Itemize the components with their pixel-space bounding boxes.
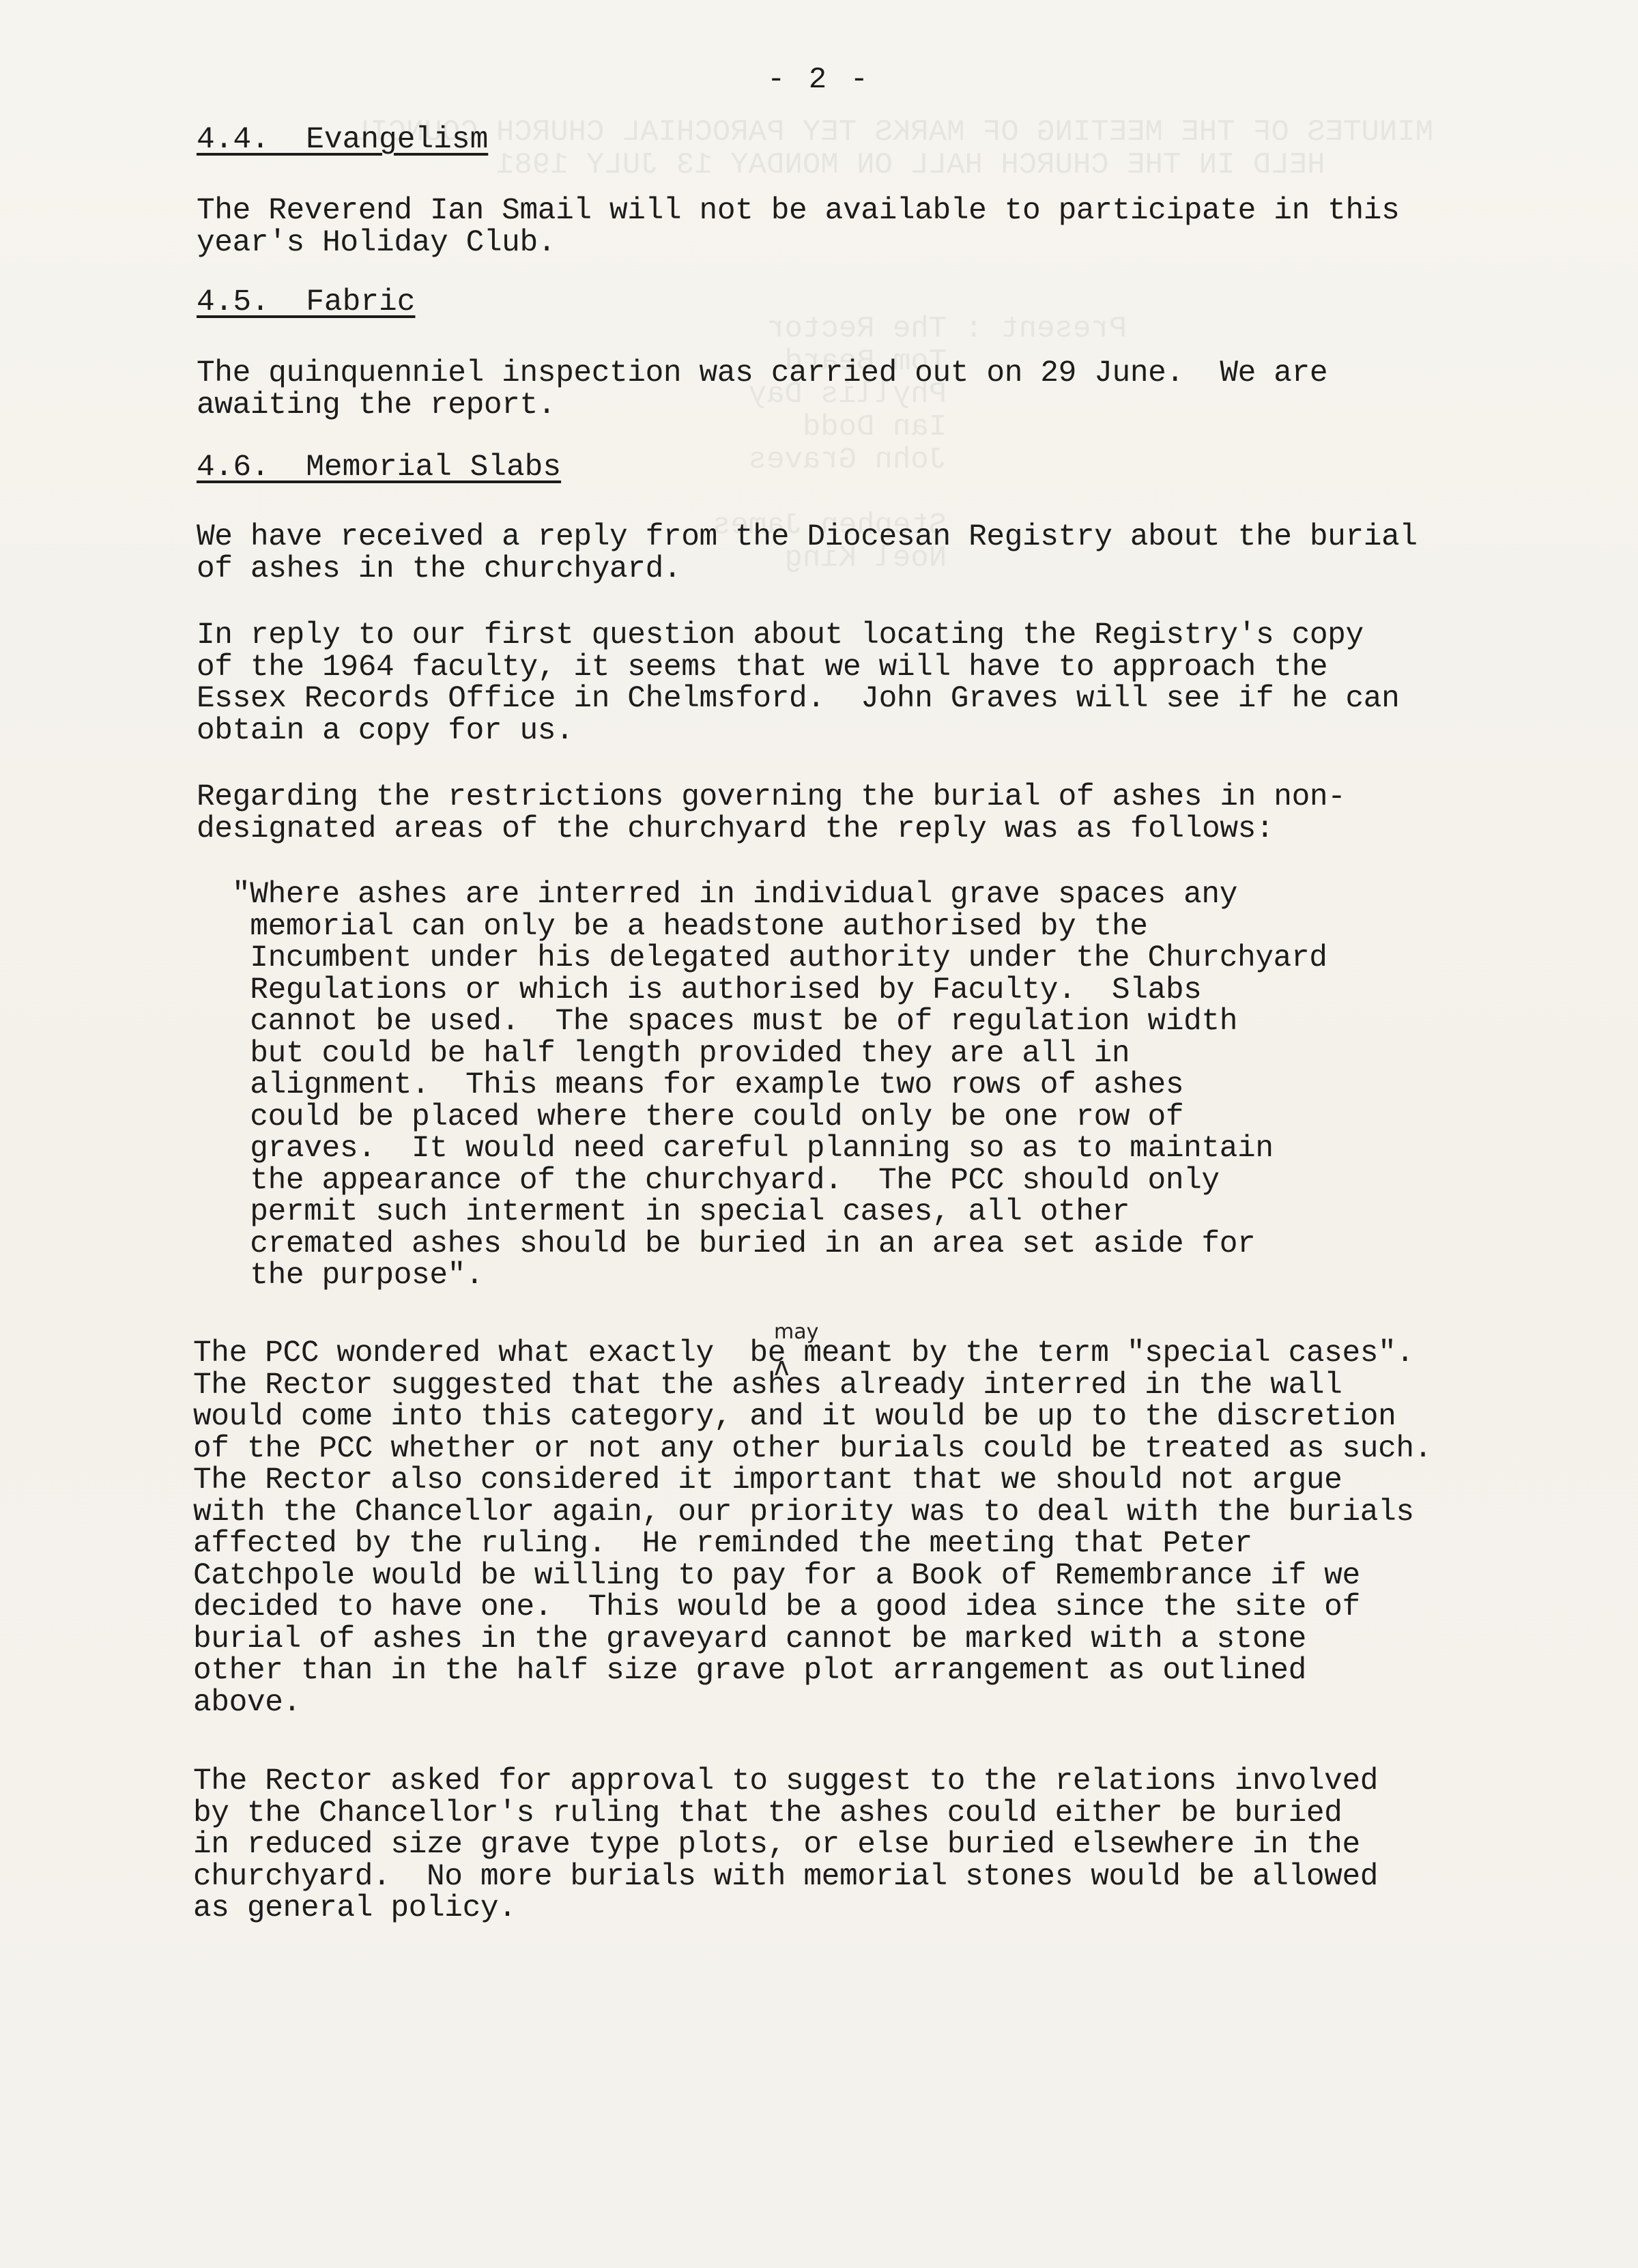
insertion-caret-icon: ʌ (774, 1351, 790, 1381)
section-heading-fabric: 4.5. Fabric (197, 287, 415, 318)
document-page: MINUTES OF THE MEETING OF MARKS TEY PARO… (0, 0, 1638, 2268)
paragraph-faculty-copy: In reply to our first question about loc… (197, 620, 1399, 747)
section-heading-memorial-slabs: 4.6. Memorial Slabs (197, 452, 561, 483)
paragraph-evangelism: The Reverend Ian Smail will not be avail… (197, 195, 1399, 259)
paragraph-rector-approval: The Rector asked for approval to suggest… (193, 1766, 1378, 1925)
page-number: - 2 - (0, 63, 1638, 97)
paragraph-fabric: The quinquenniel inspection was carried … (197, 358, 1327, 421)
handwritten-insertion: may (774, 1320, 818, 1344)
paragraph-special-cases: The PCC wondered what exactly be meant b… (193, 1338, 1432, 1719)
show-through-text: MINUTES OF THE MEETING OF MARKS TEY PARO… (205, 116, 1433, 575)
paragraph-registry-reply: We have received a reply from the Dioces… (197, 521, 1418, 585)
quoted-registry-reply: "Where ashes are interred in individual … (232, 879, 1327, 1292)
paragraph-restrictions: Regarding the restrictions governing the… (197, 781, 1345, 845)
section-heading-evangelism: 4.4. Evangelism (197, 124, 488, 156)
